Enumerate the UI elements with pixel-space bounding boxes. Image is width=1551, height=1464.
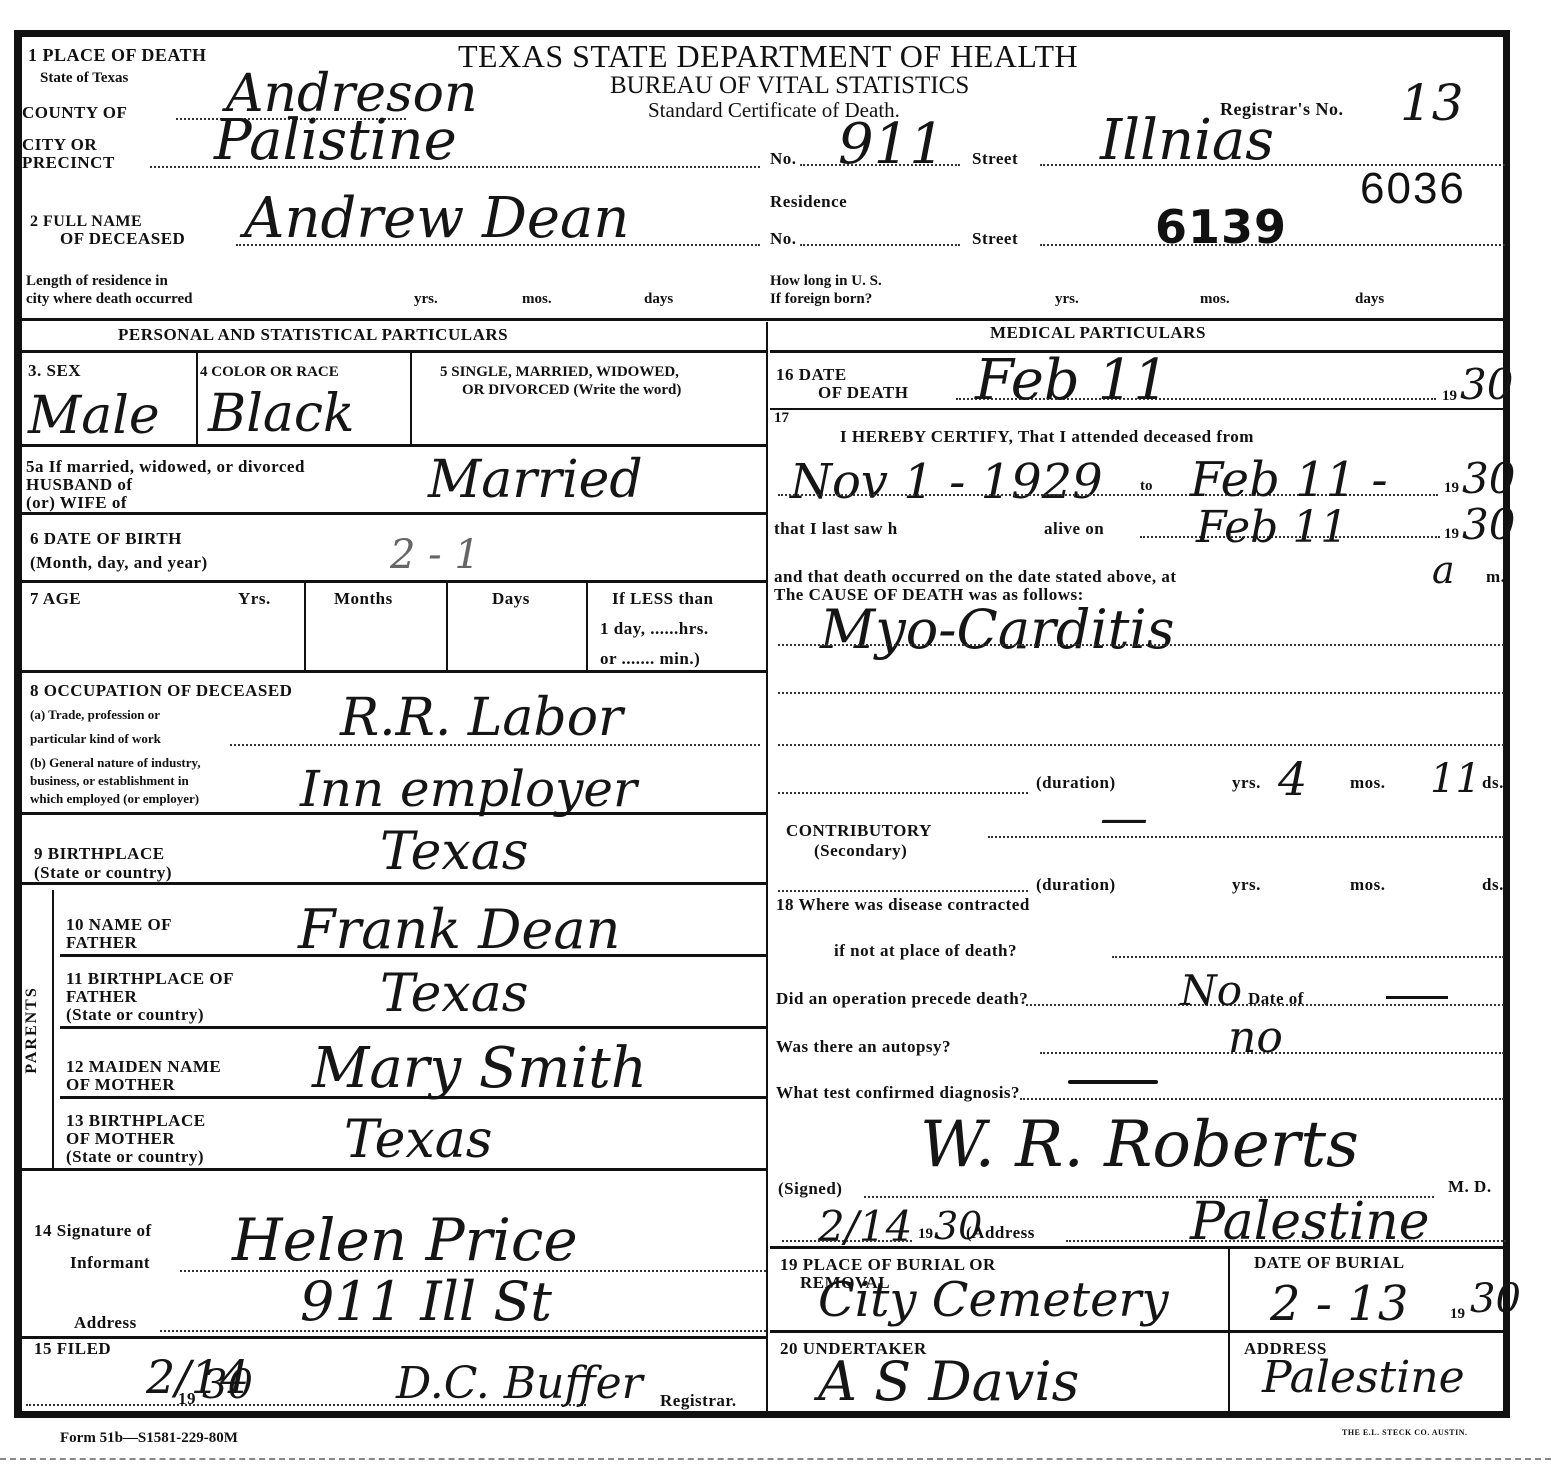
last-saw-text: that I last saw h	[774, 520, 898, 538]
father-label-2: FATHER	[66, 934, 137, 952]
last-saw-value: Feb 11	[1196, 502, 1348, 553]
spouse-label-2: HUSBAND of	[26, 476, 133, 494]
dur-days-label: ds.	[1482, 774, 1504, 792]
personal-section-title: PERSONAL AND STATISTICAL PARTICULARS	[118, 326, 508, 344]
informant-address-label: Address	[74, 1314, 137, 1332]
age-less-label-1: If LESS than	[612, 590, 713, 608]
dod-label-1: 16 DATE	[776, 366, 847, 384]
burial-year-prefix: 19	[1450, 1306, 1465, 1323]
us-yrs: yrs.	[1055, 291, 1079, 308]
burial-date-label: DATE OF BURIAL	[1254, 1254, 1405, 1272]
test-label: What test confirmed diagnosis?	[776, 1084, 1020, 1102]
mother-value: Mary Smith	[312, 1036, 647, 1101]
length-label-1: Length of residence in	[26, 273, 168, 290]
us-label-1: How long in U. S.	[770, 273, 882, 290]
printer-mark: THE E.L. STECK CO. AUSTIN.	[1342, 1424, 1467, 1441]
last-saw-text-2: alive on	[1044, 520, 1104, 538]
dob-value: 2 - 1	[390, 532, 480, 578]
attended-year-prefix: 19	[1444, 480, 1459, 497]
dod-year-prefix: 19	[1442, 388, 1457, 405]
stamp-number: 6139	[1155, 200, 1287, 254]
no-label: No.	[770, 150, 797, 168]
father-label-1: 10 NAME OF	[66, 916, 172, 934]
duration-label-2: (duration)	[1036, 876, 1116, 894]
father-bp-label-2: FATHER	[66, 988, 137, 1006]
occurred-text: and that death occurred on the date stat…	[774, 568, 1177, 586]
date-of-label: Date of	[1248, 990, 1304, 1008]
father-bp-label-3: (State or country)	[66, 1006, 204, 1024]
to-label: to	[1140, 478, 1153, 495]
residence-label: Residence	[770, 193, 847, 211]
us-label-2: If foreign born?	[770, 291, 872, 308]
street-label: Street	[972, 150, 1018, 168]
registrar-no-value: 13	[1400, 74, 1464, 132]
m-label: m.	[1486, 568, 1505, 586]
mother-bp-label-1: 13 BIRTHPLACE	[66, 1112, 206, 1130]
signed-label: (Signed)	[778, 1180, 842, 1198]
full-name-label-2: OF DECEASED	[60, 230, 185, 248]
contributory-value: —	[1100, 790, 1148, 846]
length-mos: mos.	[522, 291, 552, 308]
column-divider	[766, 322, 768, 1414]
document-title: TEXAS STATE DEPARTMENT OF HEALTH	[458, 38, 1078, 75]
city-label-2: PRECINCT	[22, 154, 115, 172]
deceased-name-value: Andrew Dean	[244, 186, 630, 251]
operation-label: Did an operation precede death?	[776, 990, 1028, 1008]
state-label: State of Texas	[40, 70, 128, 87]
dod-label-2: OF DEATH	[818, 384, 908, 402]
mother-bp-label-2: OF MOTHER	[66, 1130, 175, 1148]
race-label: 4 COLOR OR RACE	[200, 364, 339, 381]
father-bp-value: Texas	[380, 964, 528, 1024]
dod-year-value: 30	[1460, 360, 1513, 409]
contributory-label-2: (Secondary)	[814, 842, 907, 860]
occ-a-label-1: (a) Trade, profession or	[30, 706, 160, 723]
dur-mos-label-2: mos.	[1350, 876, 1386, 894]
birthplace-value: Texas	[380, 822, 528, 882]
dur-days-label-2: ds.	[1482, 876, 1504, 894]
length-yrs: yrs.	[414, 291, 438, 308]
q18-label-2: if not at place of death?	[834, 942, 1017, 960]
operation-value: No	[1180, 966, 1242, 1015]
father-bp-label-1: 11 BIRTHPLACE OF	[66, 970, 234, 988]
city-label-1: CITY OR	[22, 136, 97, 154]
age-days-label: Days	[492, 590, 530, 608]
burial-year-value: 30	[1470, 1276, 1521, 1322]
dod-value: Feb 11	[975, 348, 1169, 413]
filed-year-value: 30	[202, 1362, 253, 1408]
physician-address-value: Palestine	[1190, 1192, 1430, 1252]
last-saw-year: 30	[1462, 500, 1515, 549]
length-label-2: city where death occurred	[26, 291, 193, 308]
race-value: Black	[208, 384, 354, 444]
mother-bp-label-3: (State or country)	[66, 1148, 204, 1166]
registrar-signature: D.C. Buffer	[396, 1358, 643, 1409]
address-label: (Address	[966, 1224, 1035, 1242]
informant-value: Helen Price	[232, 1206, 578, 1274]
age-yrs-label: Yrs.	[238, 590, 271, 608]
form-number: Form 51b—S1581-229-80M	[60, 1430, 238, 1447]
duration-days-value: 11	[1430, 756, 1481, 802]
last-saw-year-prefix: 19	[1444, 526, 1459, 543]
contributory-label-1: CONTRIBUTORY	[786, 822, 932, 840]
medical-section-title: MEDICAL PARTICULARS	[990, 324, 1206, 342]
burial-date-value: 2 - 13	[1270, 1276, 1408, 1332]
age-label: 7 AGE	[30, 590, 81, 608]
length-days: days	[644, 291, 673, 308]
physician-signature: W. R. Roberts	[920, 1108, 1359, 1182]
residence-no-label: No.	[770, 230, 797, 248]
informant-label-2: Informant	[70, 1254, 150, 1272]
place-no-value: 911	[838, 112, 945, 177]
street-value: Illnias	[1100, 108, 1274, 173]
q18-label-1: 18 Where was disease contracted	[776, 896, 1030, 914]
registrar-label: Registrar.	[660, 1392, 737, 1410]
dob-label-1: 6 DATE OF BIRTH	[30, 530, 182, 548]
sex-value: Male	[28, 386, 160, 446]
place-of-death-label: 1 PLACE OF DEATH	[28, 46, 207, 64]
test-dash	[1068, 1080, 1158, 1084]
cause-value: Myo-Carditis	[820, 598, 1174, 661]
age-less-label-3: or ....... min.)	[600, 650, 700, 668]
occ-a-label-2: particular kind of work	[30, 730, 161, 747]
autopsy-label: Was there an autopsy?	[776, 1038, 951, 1056]
county-label: COUNTY OF	[22, 104, 127, 122]
occ-b-label-3: which employed (or employer)	[30, 790, 199, 807]
spouse-value: Married	[428, 450, 643, 510]
filed-label: 15 FILED	[34, 1340, 111, 1358]
attended-to-year: 30	[1462, 454, 1515, 503]
age-months-label: Months	[334, 590, 393, 608]
age-less-label-2: 1 day, ......hrs.	[600, 620, 709, 638]
spouse-label-3: (or) WIFE of	[26, 494, 127, 512]
residence-street-label: Street	[972, 230, 1018, 248]
informant-label-1: 14 Signature of	[34, 1222, 152, 1240]
bureau-title: BUREAU OF VITAL STATISTICS	[610, 72, 969, 100]
parents-side-label: PARENTS	[23, 986, 41, 1074]
us-days: days	[1355, 291, 1384, 308]
dur-mos-label: mos.	[1350, 774, 1386, 792]
attended-to-value: Feb 11 -	[1190, 452, 1388, 508]
signed-year-prefix: 19	[918, 1226, 933, 1243]
time-value: a	[1432, 548, 1455, 592]
duration-months-value: 4	[1278, 752, 1307, 806]
marital-label-2: OR DIVORCED (Write the word)	[462, 382, 681, 399]
spouse-label-1: 5a If married, widowed, or divorced	[26, 458, 305, 476]
occ-b-label-1: (b) General nature of industry,	[30, 754, 201, 771]
signed-date-value: 2/14	[818, 1202, 912, 1251]
dur-yrs-label-2: yrs.	[1232, 876, 1261, 894]
occupation-value: R.R. Labor	[340, 688, 623, 748]
md-label: M. D.	[1448, 1178, 1492, 1196]
us-mos: mos.	[1200, 291, 1230, 308]
birthplace-label-1: 9 BIRTHPLACE	[34, 845, 165, 863]
father-value: Frank Dean	[298, 898, 620, 961]
mother-bp-value: Texas	[344, 1110, 492, 1170]
occupation-label: 8 OCCUPATION OF DECEASED	[30, 682, 292, 700]
attended-from-value: Nov 1 - 1929	[790, 454, 1103, 510]
marital-label-1: 5 SINGLE, MARRIED, WIDOWED,	[440, 364, 679, 381]
sex-label: 3. SEX	[28, 362, 81, 380]
certify-text: I HEREBY CERTIFY, That I attended deceas…	[840, 428, 1254, 446]
dob-label-2: (Month, day, and year)	[30, 554, 208, 572]
cert-number: 17	[774, 410, 789, 427]
burial-place-value: City Cemetery	[818, 1272, 1169, 1328]
page-edge	[0, 1458, 1551, 1460]
dur-yrs-label: yrs.	[1232, 774, 1261, 792]
autopsy-value: no	[1228, 1012, 1283, 1063]
undertaker-address-value: Palestine	[1262, 1352, 1465, 1403]
file-number: 6036	[1360, 164, 1466, 214]
birthplace-label-2: (State or country)	[34, 864, 172, 882]
occ-b-label-2: business, or establishment in	[30, 772, 189, 789]
mother-label-2: OF MOTHER	[66, 1076, 175, 1094]
date-of-dash	[1386, 996, 1448, 999]
city-value: Palistine	[214, 108, 457, 173]
mother-label-1: 12 MAIDEN NAME	[66, 1058, 221, 1076]
undertaker-value: A S Davis	[818, 1350, 1079, 1413]
informant-address-value: 911 Ill St	[300, 1270, 552, 1333]
employer-value: Inn employer	[300, 760, 637, 818]
filed-year-prefix: 19	[178, 1390, 196, 1408]
